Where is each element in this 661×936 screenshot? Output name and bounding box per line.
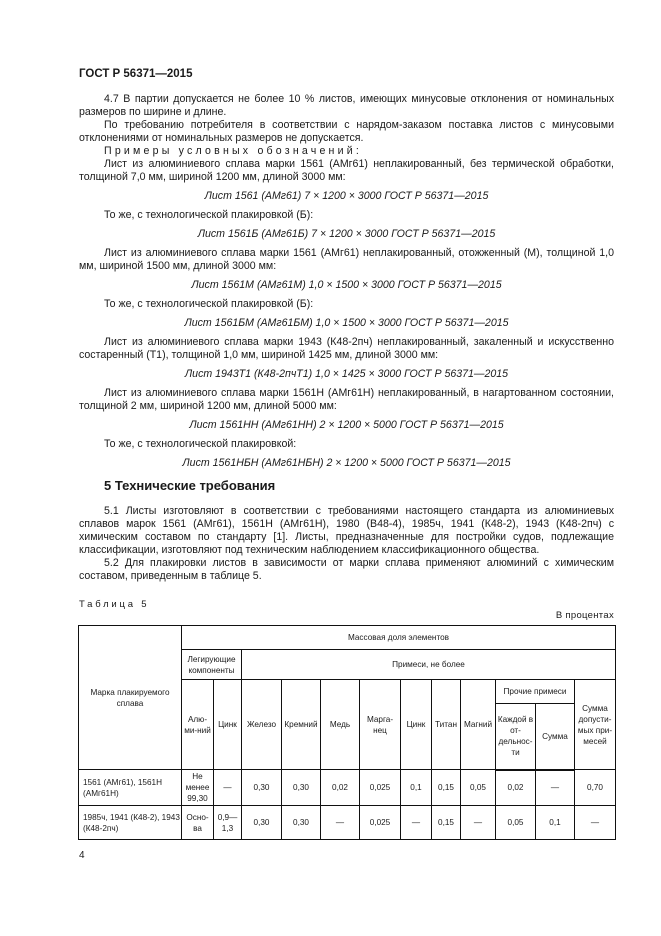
table-cell: 0,1	[401, 770, 432, 806]
header-grade: Марка плакируемого сплава	[79, 626, 182, 770]
table-cell: 0,15	[432, 806, 461, 840]
header-alloying: Легирующие компоненты	[182, 650, 242, 680]
table-cell: 0,9—1,3	[214, 806, 242, 840]
designation-example: Лист 1561НБН (АМг61НБН) 2 × 1200 × 5000 …	[79, 457, 614, 470]
table-cell: —	[214, 770, 242, 806]
header-silicon: Кремний	[282, 680, 321, 770]
header-sum: Сумма	[536, 704, 575, 770]
table-cell: 0,30	[242, 770, 282, 806]
page-number: 4	[79, 850, 85, 861]
header-zinc-alloy: Цинк	[214, 680, 242, 770]
table-cell: 0,025	[360, 770, 401, 806]
table-cell: 0,02	[496, 770, 536, 806]
table-cell: Не менее 99,30	[182, 770, 214, 806]
paragraph: Лист из алюминиевого сплава марки 1561 (…	[79, 247, 614, 273]
section-heading: 5 Технические требования	[104, 478, 275, 493]
header-zinc: Цинк	[401, 680, 432, 770]
header-impurities: Примеси, не более	[242, 650, 616, 680]
header-aluminium: Алю-ми-ний	[182, 680, 214, 770]
designation-example: Лист 1561Б (АМг61Б) 7 × 1200 × 3000 ГОСТ…	[79, 228, 614, 241]
table-cell: 0,30	[282, 770, 321, 806]
paragraph: По требованию потребителя в соответствии…	[79, 119, 614, 145]
table-cell: —	[575, 806, 616, 840]
header-copper: Медь	[321, 680, 360, 770]
paragraph: То же, с технологической плакировкой:	[79, 438, 614, 451]
table-row: 1985ч, 1941 (К48-2), 1943 (К48-2пч)Осно-…	[79, 806, 616, 840]
paragraph-5-2: 5.2 Для плакировки листов в зависимости …	[79, 557, 614, 583]
table-caption: Таблица 5	[79, 599, 149, 610]
header-manganese: Марга-нец	[360, 680, 401, 770]
table-cell: —	[401, 806, 432, 840]
table-cell: 0,02	[321, 770, 360, 806]
document-id-header: ГОСТ Р 56371—2015	[79, 68, 192, 80]
header-each: Каждой в от-дельнос-ти	[496, 704, 536, 770]
table-5: Марка плакируемого сплава Массовая доля …	[78, 625, 616, 840]
header-total: Сумма допусти-мых при-месей	[575, 680, 616, 770]
table-cell: 0,025	[360, 806, 401, 840]
table-cell: 0,05	[461, 770, 496, 806]
paragraph: То же, с технологической плакировкой (Б)…	[79, 298, 614, 311]
cell-grade: 1985ч, 1941 (К48-2), 1943 (К48-2пч)	[79, 806, 182, 840]
paragraph: Примеры условных обозначений:	[79, 145, 614, 158]
header-magnesium: Магний	[461, 680, 496, 770]
designation-example: Лист 1561НН (АМг61НН) 2 × 1200 × 5000 ГО…	[79, 419, 614, 432]
table-cell: —	[461, 806, 496, 840]
table-row: 1561 (АМг61), 1561Н (АМг61Н)Не менее 99,…	[79, 770, 616, 806]
designation-example: Лист 1561БМ (АМг61БМ) 1,0 × 1500 × 3000 …	[79, 317, 614, 330]
paragraph: То же, с технологической плакировкой (Б)…	[79, 209, 614, 222]
table-cell: —	[321, 806, 360, 840]
header-titanium: Титан	[432, 680, 461, 770]
header-iron: Железо	[242, 680, 282, 770]
paragraph: Лист из алюминиевого сплава марки 1943 (…	[79, 336, 614, 362]
section-5-text: 5.1 Листы изготовляют в соответствии с т…	[79, 505, 614, 583]
table-cell: 0,05	[496, 806, 536, 840]
header-mass-fraction: Массовая доля элементов	[182, 626, 616, 650]
designation-example: Лист 1561М (АМг61М) 1,0 × 1500 × 3000 ГО…	[79, 279, 614, 292]
paragraph: Лист из алюминиевого сплава марки 1561 (…	[79, 158, 614, 184]
paragraph-5-1: 5.1 Листы изготовляют в соответствии с т…	[79, 505, 614, 557]
designation-example: Лист 1943Т1 (К48-2пчТ1) 1,0 × 1425 × 300…	[79, 368, 614, 381]
table-units: В процентах	[556, 610, 614, 621]
header-other: Прочие примеси	[496, 680, 575, 704]
table-cell: Осно-ва	[182, 806, 214, 840]
paragraph: 4.7 В партии допускается не более 10 % л…	[79, 93, 614, 119]
table-cell: 0,70	[575, 770, 616, 806]
examples-section: 4.7 В партии допускается не более 10 % л…	[79, 93, 614, 476]
table-cell: 0,30	[242, 806, 282, 840]
table-cell: —	[536, 770, 575, 806]
table-cell: 0,1	[536, 806, 575, 840]
table-cell: 0,30	[282, 806, 321, 840]
paragraph: Лист из алюминиевого сплава марки 1561Н …	[79, 387, 614, 413]
table-cell: 0,15	[432, 770, 461, 806]
designation-example: Лист 1561 (АМг61) 7 × 1200 × 3000 ГОСТ Р…	[79, 190, 614, 203]
cell-grade: 1561 (АМг61), 1561Н (АМг61Н)	[79, 770, 182, 806]
